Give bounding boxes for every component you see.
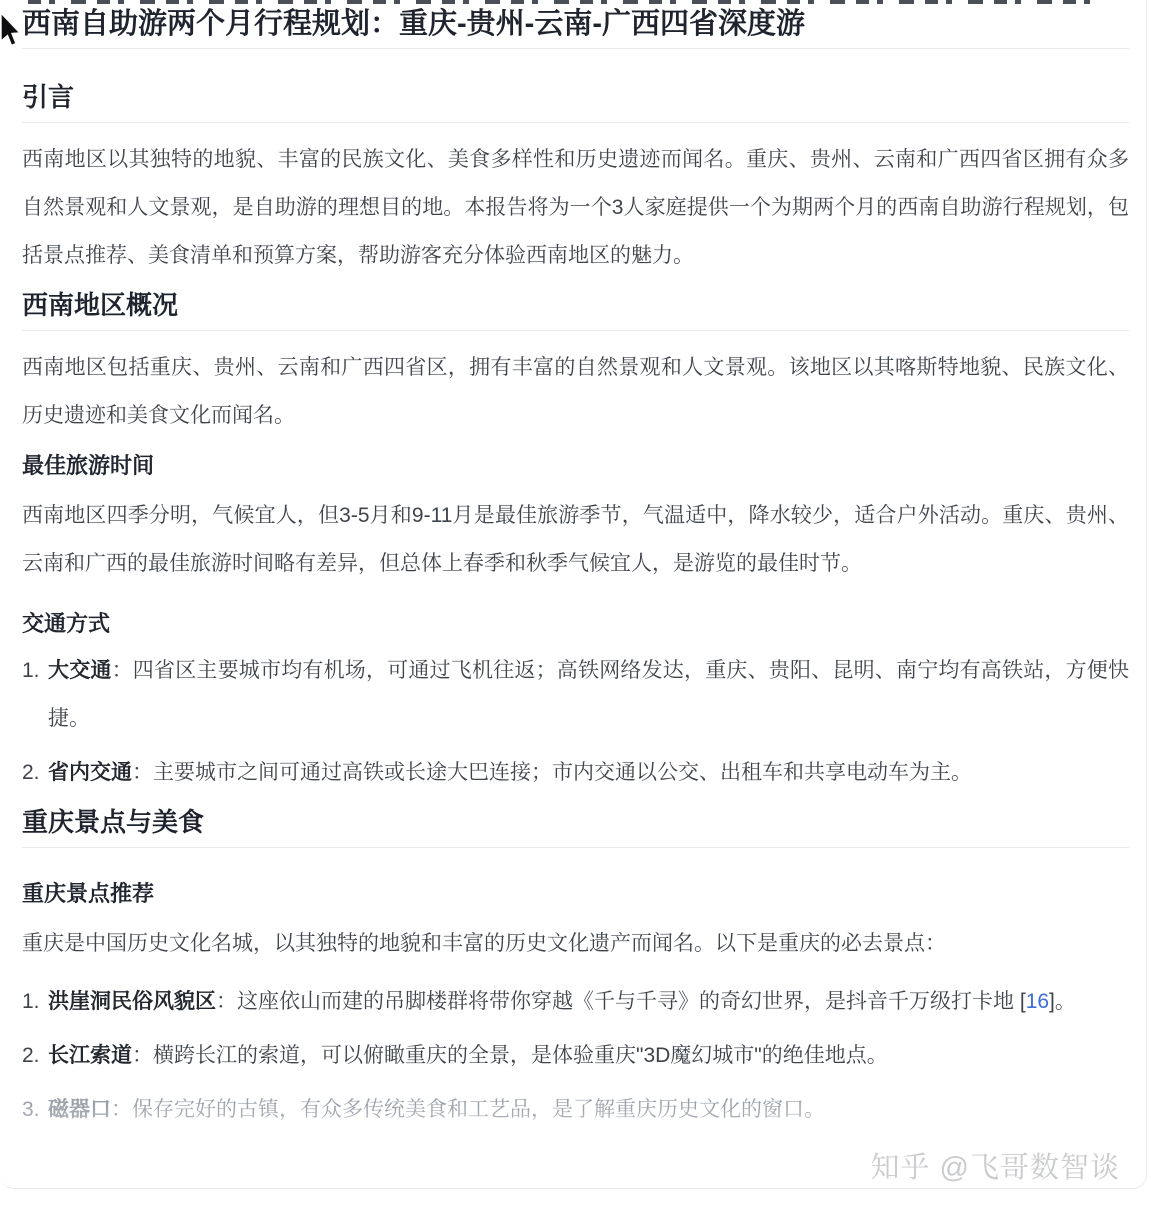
- paragraph-cq-spots: 重庆是中国历史文化名城，以其独特的地貌和丰富的历史文化遗产而闻名。以下是重庆的必…: [22, 920, 1129, 968]
- list-item-faded: 3. 磁器口：保存完好的古镇，有众多传统美食和工艺品，是了解重庆历史文化的窗口。: [22, 1086, 1129, 1134]
- citation-link-16[interactable]: 16: [1026, 990, 1049, 1013]
- list-item-body: ：主要城市之间可通过高铁或长途大巴连接；市内交通以公交、出租车和共享电动车为主。: [132, 761, 972, 784]
- paragraph-intro: 西南地区以其独特的地貌、丰富的民族文化、美食多样性和历史遗迹而闻名。重庆、贵州、…: [22, 136, 1129, 280]
- list-number: 1.: [22, 647, 48, 743]
- list-number: 3.: [22, 1086, 48, 1134]
- list-item-text: 洪崖洞民俗风貌区：这座依山而建的吊脚楼群将带你穿越《千与千寻》的奇幻世界，是抖音…: [48, 978, 1129, 1026]
- paragraph-overview: 西南地区包括重庆、贵州、云南和广西四省区，拥有丰富的自然景观和人文景观。该地区以…: [22, 344, 1129, 440]
- list-item-text: 长江索道：横跨长江的索道，可以俯瞰重庆的全景，是体验重庆"3D魔幻城市"的绝佳地…: [48, 1032, 1129, 1080]
- list-number: 2.: [22, 1032, 48, 1080]
- subheading-cq-spots: 重庆景点推荐: [22, 880, 1129, 907]
- zhihu-watermark: 知乎 @飞哥数智谈: [871, 1145, 1121, 1186]
- transport-list: 1. 大交通：四省区主要城市均有机场，可通过飞机往返；高铁网络发达，重庆、贵阳、…: [22, 647, 1129, 797]
- page-title: 西南自助游两个月行程规划：重庆-贵州-云南-广西四省深度游: [22, 0, 1129, 49]
- article-card: 西南自助游两个月行程规划：重庆-贵州-云南-广西四省深度游 引言 西南地区以其独…: [0, 0, 1147, 1189]
- list-item-label: 省内交通: [48, 761, 132, 784]
- list-item-label: 长江索道: [48, 1044, 132, 1067]
- list-item-suffix: 。: [1055, 990, 1076, 1013]
- list-item-body: ：四省区主要城市均有机场，可通过飞机往返；高铁网络发达，重庆、贵阳、昆明、南宁均…: [48, 659, 1129, 730]
- list-item-label: 磁器口: [48, 1098, 111, 1121]
- section-heading-chongqing: 重庆景点与美食: [22, 807, 1129, 848]
- subheading-transport: 交通方式: [22, 610, 1129, 637]
- subheading-best-time: 最佳旅游时间: [22, 452, 1129, 479]
- spots-list: 1. 洪崖洞民俗风貌区：这座依山而建的吊脚楼群将带你穿越《千与千寻》的奇幻世界，…: [22, 978, 1129, 1134]
- page: { "colors": { "heading": "#1e232e", "bod…: [0, 0, 1154, 1219]
- list-item: 2. 长江索道：横跨长江的索道，可以俯瞰重庆的全景，是体验重庆"3D魔幻城市"的…: [22, 1032, 1129, 1080]
- section-heading-intro: 引言: [22, 82, 1129, 123]
- list-item-body: ：保存完好的古镇，有众多传统美食和工艺品，是了解重庆历史文化的窗口。: [111, 1098, 825, 1121]
- list-item-text: 大交通：四省区主要城市均有机场，可通过飞机往返；高铁网络发达，重庆、贵阳、昆明、…: [48, 647, 1129, 743]
- list-number: 1.: [22, 978, 48, 1026]
- clipped-text-line: [28, 0, 1104, 4]
- list-item-text: 磁器口：保存完好的古镇，有众多传统美食和工艺品，是了解重庆历史文化的窗口。: [48, 1086, 1129, 1134]
- list-item-body: ：横跨长江的索道，可以俯瞰重庆的全景，是体验重庆"3D魔幻城市"的绝佳地点。: [132, 1044, 888, 1067]
- list-item-body: ：这座依山而建的吊脚楼群将带你穿越《千与千寻》的奇幻世界，是抖音千万级打卡地: [216, 990, 1014, 1013]
- section-heading-overview: 西南地区概况: [22, 290, 1129, 331]
- list-item-label: 洪崖洞民俗风貌区: [48, 990, 216, 1013]
- list-item: 2. 省内交通：主要城市之间可通过高铁或长途大巴连接；市内交通以公交、出租车和共…: [22, 749, 1129, 797]
- list-item-label: 大交通: [48, 659, 112, 682]
- list-number: 2.: [22, 749, 48, 797]
- list-item-text: 省内交通：主要城市之间可通过高铁或长途大巴连接；市内交通以公交、出租车和共享电动…: [48, 749, 1129, 797]
- list-item: 1. 洪崖洞民俗风貌区：这座依山而建的吊脚楼群将带你穿越《千与千寻》的奇幻世界，…: [22, 978, 1129, 1026]
- list-item: 1. 大交通：四省区主要城市均有机场，可通过飞机往返；高铁网络发达，重庆、贵阳、…: [22, 647, 1129, 743]
- paragraph-best-time: 西南地区四季分明，气候宜人，但3-5月和9-11月是最佳旅游季节，气温适中，降水…: [22, 492, 1129, 588]
